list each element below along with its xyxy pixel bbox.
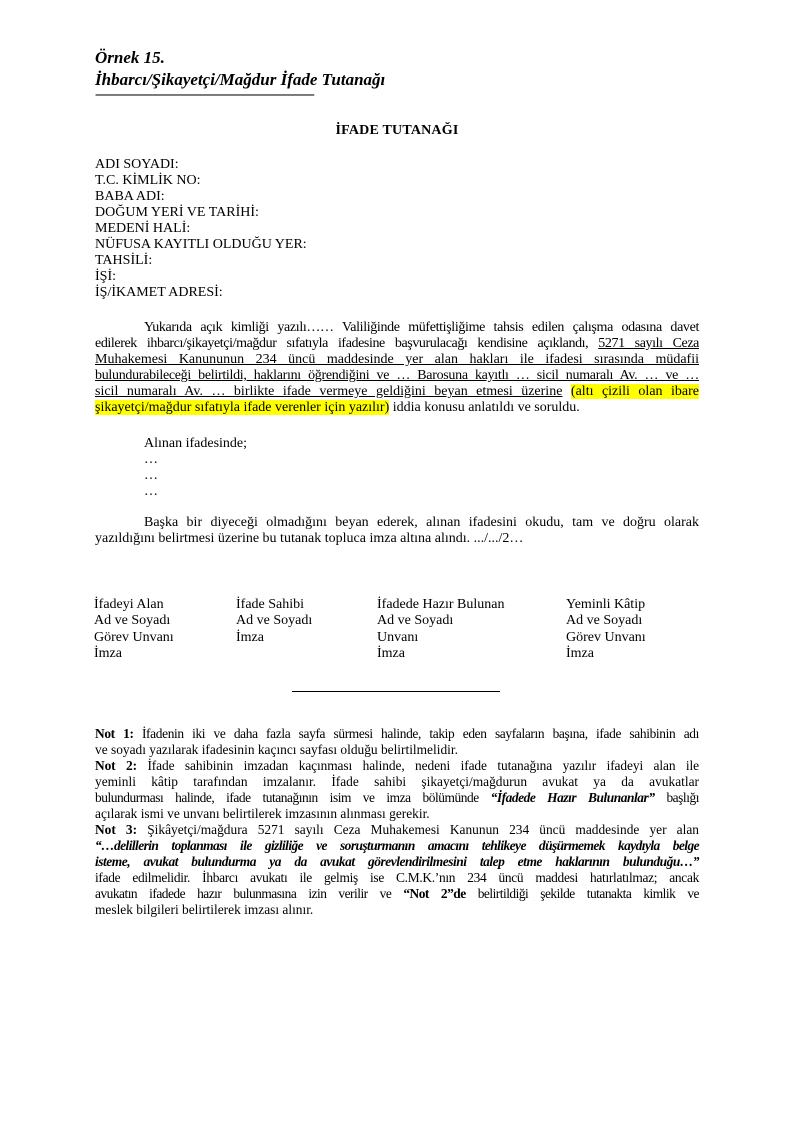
statement-label: Alınan ifadesinde; — [144, 436, 247, 452]
statement-placeholder: … — [144, 452, 158, 468]
field-registry-place: NÜFUSA KAYITLI OLDUĞU YER: — [95, 237, 307, 253]
signature-line: İmza — [236, 630, 312, 646]
note-text: İfade sahibinin imzadan kaçınması halind… — [147, 758, 699, 773]
note-2-line: açılarak ismi ve unvanı belirtilerek imz… — [95, 806, 699, 822]
note-1-line: Not 1: İfadenin iki ve daha fazla sayfa … — [95, 726, 699, 742]
field-father-name: BABA ADI: — [95, 189, 165, 205]
closing-line: yazıldığını belirtmesi üzerine bu tutana… — [95, 531, 699, 547]
signature-title: İfade Sahibi — [236, 597, 312, 613]
note-3-line: “…delillerin toplanması ile gizliliğe ve… — [95, 838, 699, 854]
note-3-line: meslek bilgileri belirtilerek imzası alı… — [95, 902, 699, 918]
intro-line: sicil numaralı Av. … birlikte ifade verm… — [95, 384, 699, 400]
signature-line: Unvanı — [377, 630, 505, 646]
note-text: ifade edilmelidir. İhbarcı avukatı ile g… — [95, 870, 699, 885]
signature-line: İmza — [94, 646, 174, 662]
signature-column-attendee: İfadede Hazır Bulunan Ad ve Soyadı Unvan… — [377, 597, 505, 662]
note-emphasis: “Not 2”de — [403, 886, 465, 901]
intro-line: edilerek ihbarcı/şikayetçi/mağdur sıfatı… — [95, 336, 699, 352]
field-education: TAHSİLİ: — [95, 253, 152, 269]
signature-line: Görev Unvanı — [94, 630, 174, 646]
note-3-line: isteme, avukat bulundurma ya da avukat g… — [95, 854, 699, 870]
note-text: ve soyadı yazılarak ifadesinin kaçıncı s… — [95, 742, 458, 757]
closing-text: Başka bir diyeceği olmadığını beyan eder… — [144, 515, 699, 530]
note-text: açılarak ismi ve unvanı belirtilerek imz… — [95, 806, 430, 821]
note-2-line: yeminli kâtip tarafından imzalanır. İfad… — [95, 774, 699, 790]
example-number: Örnek 15. — [95, 48, 165, 68]
note-label: Not 1: — [95, 726, 134, 741]
signature-column-deponent: İfade Sahibi Ad ve Soyadı İmza — [236, 597, 312, 646]
signature-column-interviewer: İfadeyi Alan Ad ve Soyadı Görev Unvanı İ… — [94, 597, 174, 662]
closing-line: Başka bir diyeceği olmadığını beyan eder… — [95, 515, 699, 531]
field-birth-place-date: DOĞUM YERİ VE TARİHİ: — [95, 205, 259, 221]
document-title: İFADE TUTANAĞI — [0, 123, 794, 139]
underlined-text: bulundurabileceği belirtildi, haklarını … — [95, 368, 699, 383]
statement-placeholder: … — [144, 468, 158, 484]
field-occupation: İŞİ: — [95, 269, 116, 285]
underlined-text: Muhakemesi Kanununun 234 üncü maddesinde… — [95, 352, 699, 367]
field-address: İŞ/İKAMET ADRESİ: — [95, 285, 223, 301]
note-quote: “…delillerin toplanması ile gizliliğe ve… — [95, 838, 699, 853]
intro-line: Yukarıda açık kimliği yazılı…… Valiliğin… — [95, 320, 699, 336]
intro-line: Muhakemesi Kanununun 234 üncü maddesinde… — [95, 352, 699, 368]
statement-placeholder: … — [144, 484, 158, 500]
note-text: yeminli kâtip tarafından imzalanır. İfad… — [95, 774, 699, 789]
intro-text: edilerek ihbarcı/şikayetçi/mağdur sıfatı… — [95, 336, 588, 351]
field-id-number: T.C. KİMLİK NO: — [95, 173, 201, 189]
note-text: başlığı — [666, 790, 699, 805]
signature-title: Yeminli Kâtip — [566, 597, 646, 613]
note-text: bulundurması halinde, ifade tutanağının … — [95, 790, 479, 805]
intro-line: şikayetçi/mağdur sıfatıyla ifade verenle… — [95, 400, 699, 416]
note-3-line: ifade edilmelidir. İhbarcı avukatı ile g… — [95, 870, 699, 886]
note-label: Not 3: — [95, 822, 137, 837]
signature-line: Ad ve Soyadı — [94, 613, 174, 629]
note-label: Not 2: — [95, 758, 137, 773]
signature-line: Görev Unvanı — [566, 630, 646, 646]
field-marital-status: MEDENİ HALİ: — [95, 221, 190, 237]
note-text: belirtildiği şekilde tutanakta kimlik ve — [478, 886, 699, 901]
signature-line: İmza — [377, 646, 505, 662]
underlined-text: sicil numaralı Av. … birlikte ifade verm… — [95, 384, 562, 399]
note-2-line: Not 2: İfade sahibinin imzadan kaçınması… — [95, 758, 699, 774]
note-3-line: Not 3: Şikâyetçi/mağdura 5271 sayılı Cez… — [95, 822, 699, 838]
intro-text: iddia konusu anlatıldı ve soruldu. — [393, 400, 580, 415]
signature-line: Ad ve Soyadı — [236, 613, 312, 629]
note-2-line: bulundurması halinde, ifade tutanağının … — [95, 790, 699, 806]
note-3-line: avukatın ifadede hazır bulunmasına izin … — [95, 886, 699, 902]
signature-line: Ad ve Soyadı — [566, 613, 646, 629]
intro-text: Yukarıda açık kimliği yazılı…… Valiliğin… — [144, 320, 699, 335]
signature-line: Ad ve Soyadı — [377, 613, 505, 629]
intro-line: bulundurabileceği belirtildi, haklarını … — [95, 368, 699, 384]
note-emphasis: “İfadede Hazır Bulunanlar” — [491, 790, 655, 805]
note-text: İfadenin iki ve daha fazla sayfa sürmesi… — [142, 726, 699, 741]
note-quote: isteme, avukat bulundurma ya da avukat g… — [95, 854, 699, 869]
note-text: meslek bilgileri belirtilerek imzası alı… — [95, 902, 313, 917]
note-text: avukatın ifadede hazır bulunmasına izin … — [95, 886, 391, 901]
signature-line: İmza — [566, 646, 646, 662]
note-text: Şikâyetçi/mağdura 5271 sayılı Ceza Muhak… — [147, 822, 699, 837]
signature-title: İfadeyi Alan — [94, 597, 174, 613]
signature-title: İfadede Hazır Bulunan — [377, 597, 505, 613]
highlighted-text: (altı çizili olan ibare — [571, 384, 699, 399]
highlighted-text: şikayetçi/mağdur sıfatıyla ifade verenle… — [95, 400, 389, 415]
separator-line — [292, 691, 500, 692]
closing-text: yazıldığını belirtmesi üzerine bu tutana… — [95, 531, 523, 546]
field-name: ADI SOYADI: — [95, 157, 179, 173]
document-page: Örnek 15. İhbarcı/Şikayetçi/Mağdur İfade… — [0, 0, 794, 1123]
note-1-line: ve soyadı yazılarak ifadesinin kaçıncı s… — [95, 742, 699, 758]
underlined-text: 5271 sayılı Ceza — [598, 336, 699, 351]
signature-column-clerk: Yeminli Kâtip Ad ve Soyadı Görev Unvanı … — [566, 597, 646, 662]
